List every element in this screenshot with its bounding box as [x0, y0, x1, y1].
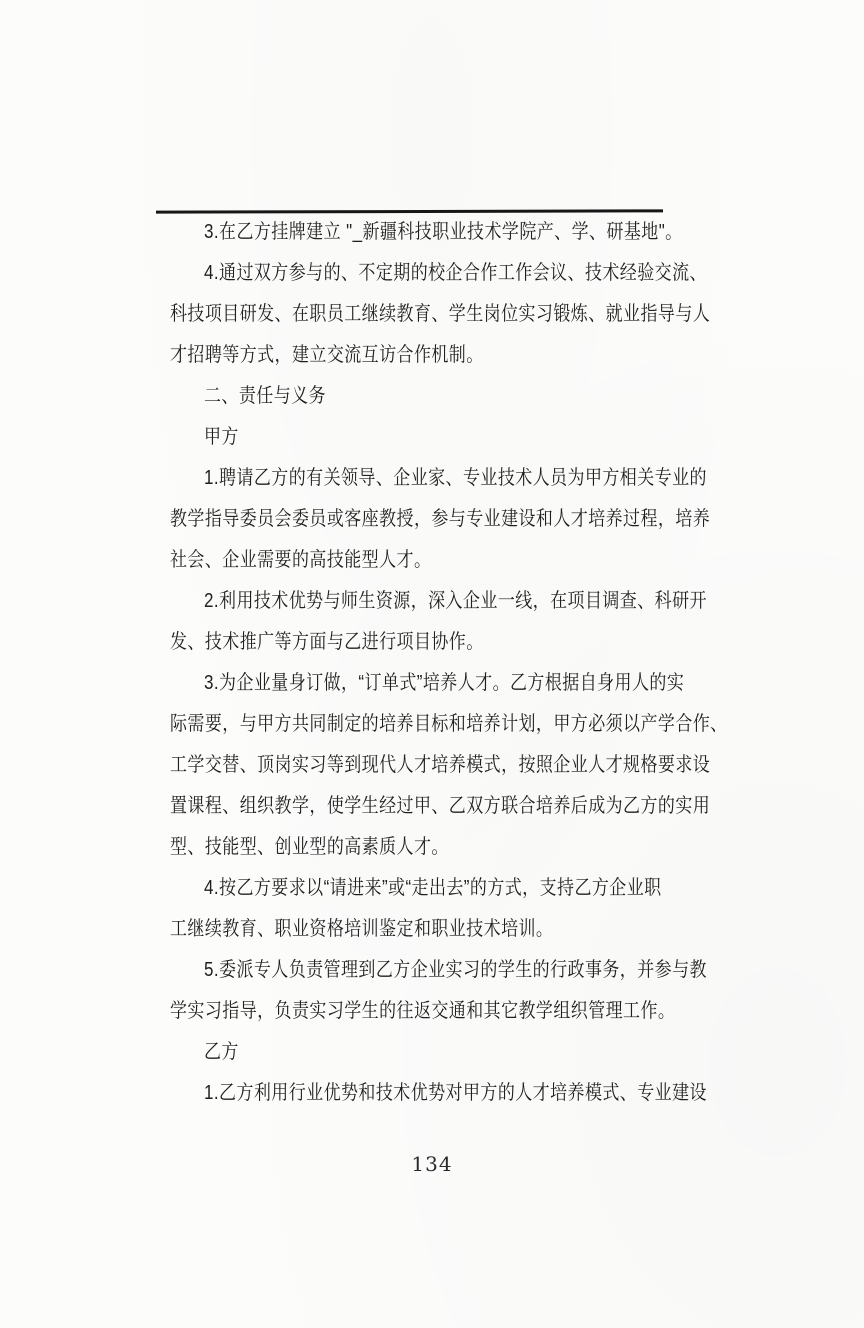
text-line: 教学指导委员会委员或客座教授，参与专业建设和人才培养过程，培养: [170, 499, 714, 540]
text-line: 5.委派专人负责管理到乙方企业实习的学生的行政事务，并参与教: [170, 950, 714, 991]
scanned-document-page: 3.在乙方挂牌建立 "_新疆科技职业技术学院产、学、研基地"。4.通过双方参与的…: [0, 0, 864, 1328]
page-number: 134: [0, 1152, 864, 1176]
text-line: 甲方: [170, 417, 714, 458]
text-line: 学实习指导，负责实习学生的往返交通和其它教学组织管理工作。: [170, 991, 714, 1032]
text-line: 3.在乙方挂牌建立 "_新疆科技职业技术学院产、学、研基地"。: [170, 212, 714, 253]
text-line: 社会、企业需要的高技能型人才。: [170, 540, 714, 581]
text-line: 际需要，与甲方共同制定的培养目标和培养计划，甲方必须以产学合作、: [170, 704, 714, 745]
text-line: 型、技能型、创业型的高素质人才。: [170, 827, 714, 868]
text-line: 4.通过双方参与的、不定期的校企合作工作会议、技术经验交流、: [170, 253, 714, 294]
text-line: 1.乙方利用行业优势和技术优势对甲方的人才培养模式、专业建设: [170, 1073, 714, 1114]
text-line: 4.按乙方要求以“请进来”或“走出去”的方式，支持乙方企业职: [170, 868, 714, 909]
text-line: 工学交替、顶岗实习等到现代人才培养模式，按照企业人才规格要求设: [170, 745, 714, 786]
text-line: 乙方: [170, 1032, 714, 1073]
text-line: 二、责任与义务: [170, 376, 714, 417]
text-line: 2.利用技术优势与师生资源，深入企业一线，在项目调查、科研开: [170, 581, 714, 622]
text-line: 科技项目研发、在职员工继续教育、学生岗位实习锻炼、就业指导与人: [170, 294, 714, 335]
text-line: 发、技术推广等方面与乙进行项目协作。: [170, 622, 714, 663]
document-lines: 3.在乙方挂牌建立 "_新疆科技职业技术学院产、学、研基地"。4.通过双方参与的…: [170, 212, 714, 1114]
text-line: 3.为企业量身订做，“订单式”培养人才。乙方根据自身用人的实: [170, 663, 714, 704]
text-line: 工继续教育、职业资格培训鉴定和职业技术培训。: [170, 909, 714, 950]
text-line: 1.聘请乙方的有关领导、企业家、专业技术人员为甲方相关专业的: [170, 458, 714, 499]
text-line: 才招聘等方式，建立交流互访合作机制。: [170, 335, 714, 376]
text-line: 置课程、组织教学，使学生经过甲、乙双方联合培养后成为乙方的实用: [170, 786, 714, 827]
